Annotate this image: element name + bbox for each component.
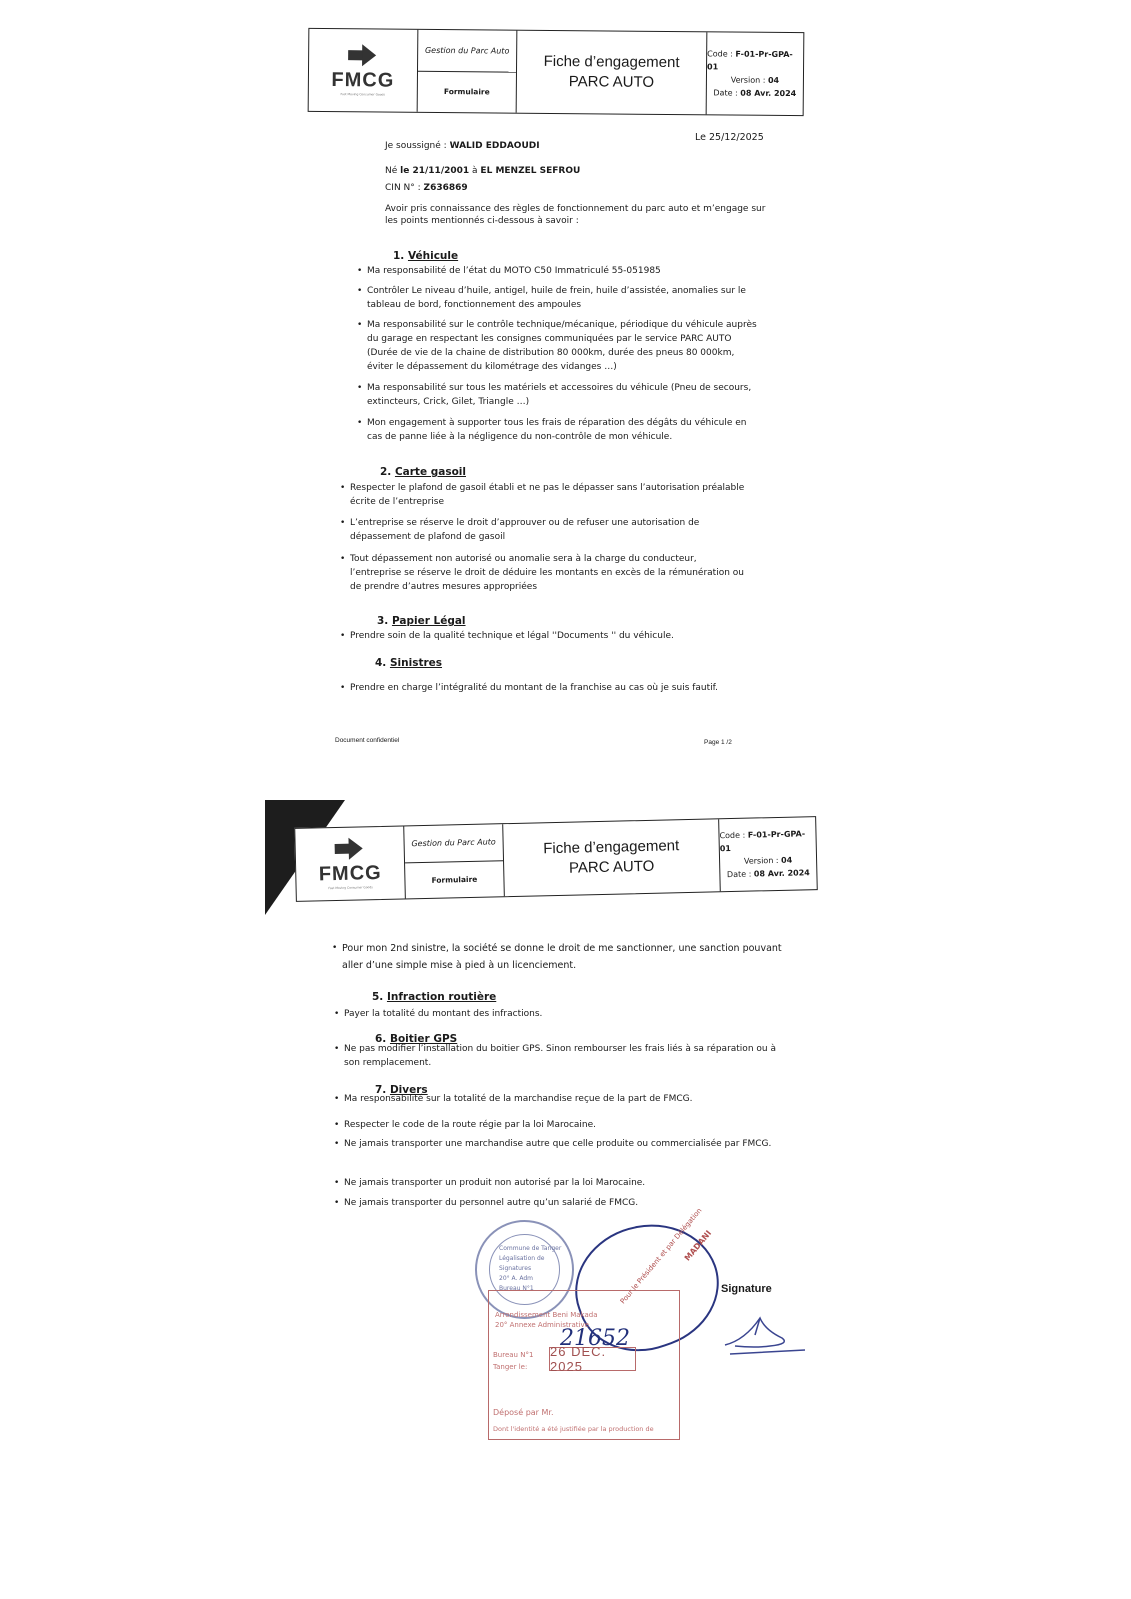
document-header-page-1: FMCG Fast Moving Consumer Goods Gestion … xyxy=(308,28,805,116)
birth-date: le 21/11/2001 xyxy=(400,166,469,176)
birth-line: Né le 21/11/2001 à EL MENZEL SEFROU xyxy=(385,165,580,177)
section-heading: 3. Papier Légal xyxy=(377,615,466,627)
brand-tagline: Fast Moving Consumer Goods xyxy=(341,92,386,96)
arrow-logo-icon xyxy=(348,44,378,66)
bullet-item: Prendre en charge l’intégralité du monta… xyxy=(350,681,750,695)
bullet-item: Prendre soin de la qualité technique et … xyxy=(350,629,750,643)
brand-tagline: Fast Moving Consumer Goods xyxy=(328,885,373,890)
section-heading: 5. Infraction routière xyxy=(372,991,496,1003)
bullet-item: Contrôler Le niveau d’huile, antigel, hu… xyxy=(367,284,759,312)
bullet-item: Mon engagement à supporter tous les frai… xyxy=(367,416,759,444)
employee-signature xyxy=(720,1310,820,1360)
birth-place: EL MENZEL SEFROU xyxy=(480,166,580,176)
department-label: Gestion du Parc Auto xyxy=(418,30,516,72)
doc-type-label: Formulaire xyxy=(418,71,516,112)
doc-metadata: Code : F-01-Pr-GPA-01 Version : 04 Date … xyxy=(707,32,804,115)
arrow-logo-icon xyxy=(334,837,364,860)
section-heading: 2. Carte gasoil xyxy=(380,466,466,478)
soussigne-line: Je soussigné : WALID EDDAOUDI xyxy=(385,140,540,152)
bullet-item: L’entreprise se réserve le droit d’appro… xyxy=(350,516,750,544)
doc-version: 04 xyxy=(768,76,779,85)
sinistre-continuation: Pour mon 2nd sinistre, la société se don… xyxy=(342,940,782,974)
bullet-item: Ma responsabilité de l’état du MOTO C50 … xyxy=(367,264,759,278)
signature-label: Signature xyxy=(721,1283,772,1295)
doc-metadata: Code : F-01-Pr-GPA-01 Version : 04 Date … xyxy=(719,817,817,891)
doc-date: 08 Avr. 2024 xyxy=(740,89,796,98)
section-heading: 1. Véhicule xyxy=(393,250,458,262)
bullet-item: Ne jamais transporter un produit non aut… xyxy=(344,1176,784,1190)
company-logo: FMCG Fast Moving Consumer Goods xyxy=(309,29,419,112)
section-heading: 4. Sinistres xyxy=(375,657,442,669)
department-label: Gestion du Parc Auto xyxy=(404,824,503,863)
bullet-item: Respecter le code de la route régie par … xyxy=(344,1118,784,1132)
employee-name: WALID EDDAOUDI xyxy=(450,141,540,151)
footer-confidential: Document confidentiel xyxy=(335,737,399,744)
doc-date: 08 Avr. 2024 xyxy=(754,868,810,878)
document-header-page-2: FMCG Fast Moving Consumer Goods Gestion … xyxy=(294,816,818,902)
bullet-item: Ma responsabilité sur la totalité de la … xyxy=(344,1092,784,1106)
doc-version: 04 xyxy=(781,856,792,865)
doc-type-label: Formulaire xyxy=(405,861,504,899)
bullet-item: Ma responsabilité sur tous les matériels… xyxy=(367,381,759,409)
doc-subtitle: PARC AUTO xyxy=(569,72,654,93)
signing-date: Le 25/12/2025 xyxy=(695,132,764,144)
doc-subtitle: PARC AUTO xyxy=(569,857,655,879)
bullet-item: Payer la totalité du montant des infract… xyxy=(344,1007,764,1021)
cin-number: Z636869 xyxy=(424,183,468,193)
bullet-item: Respecter le plafond de gasoil établi et… xyxy=(350,481,750,509)
bullet-item: Ne pas modifier l’installation du boitie… xyxy=(344,1042,784,1070)
brand-name: FMCG xyxy=(319,862,382,886)
bullet-item: Ne jamais transporter une marchandise au… xyxy=(344,1137,784,1151)
doc-title: Fiche d’engagement xyxy=(544,52,680,73)
doc-title: Fiche d’engagement xyxy=(543,836,679,859)
intro-paragraph: Avoir pris connaissance des règles de fo… xyxy=(385,203,775,227)
bullet-item: Ma responsabilité sur le contrôle techni… xyxy=(367,318,759,374)
company-logo: FMCG Fast Moving Consumer Goods xyxy=(295,826,406,900)
cin-line: CIN N° : Z636869 xyxy=(385,182,468,194)
registry-number: 21652 xyxy=(560,1326,630,1351)
bullet-item: Tout dépassement non autorisé ou anomali… xyxy=(350,552,750,594)
legalization-stamp-rect: Arrondissement Beni Makada 20° Annexe Ad… xyxy=(488,1290,680,1440)
brand-name: FMCG xyxy=(331,69,394,93)
bullet-item: Ne jamais transporter du personnel autre… xyxy=(344,1196,784,1210)
footer-page-number: Page 1 /2 xyxy=(704,739,732,746)
